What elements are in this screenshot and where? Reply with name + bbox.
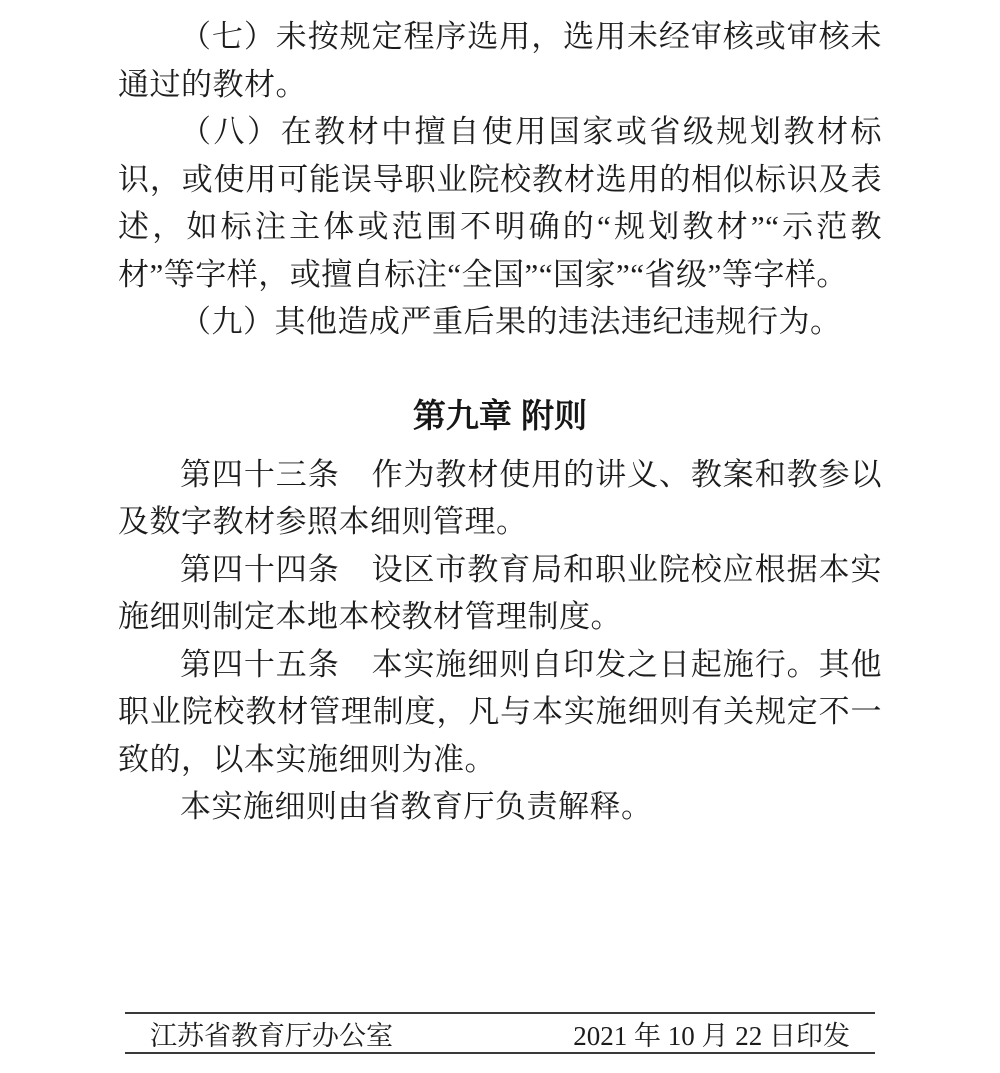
article-43: 第四十三条 作为教材使用的讲义、教案和教参以及数字教材参照本细则管理。: [118, 451, 882, 546]
article-45: 第四十五条 本实施细则自印发之日起施行。其他职业院校教材管理制度，凡与本实施细则…: [118, 641, 882, 784]
document-page: （七）未按规定程序选用，选用未经审核或审核未通过的教材。 （八）在教材中擅自使用…: [0, 0, 1000, 1073]
clause-item-7: （七）未按规定程序选用，选用未经审核或审核未通过的教材。: [118, 13, 882, 108]
clause-item-9: （九）其他造成严重后果的违法违纪违规行为。: [118, 298, 882, 346]
footer-print-date: 2021 年 10 月 22 日印发: [573, 1014, 850, 1053]
document-body: （七）未按规定程序选用，选用未经审核或审核未通过的教材。 （八）在教材中擅自使用…: [118, 13, 882, 831]
chapter-heading: 第九章 附则: [118, 396, 882, 436]
article-44: 第四十四条 设区市教育局和职业院校应根据本实施细则制定本地本校教材管理制度。: [118, 546, 882, 641]
interpretation-note: 本实施细则由省教育厅负责解释。: [118, 783, 882, 831]
footer-issuer: 江苏省教育厅办公室: [150, 1014, 393, 1053]
page-footer: 江苏省教育厅办公室 2021 年 10 月 22 日印发: [125, 1012, 875, 1054]
clause-item-8: （八）在教材中擅自使用国家或省级规划教材标识，或使用可能误导职业院校教材选用的相…: [118, 108, 882, 298]
